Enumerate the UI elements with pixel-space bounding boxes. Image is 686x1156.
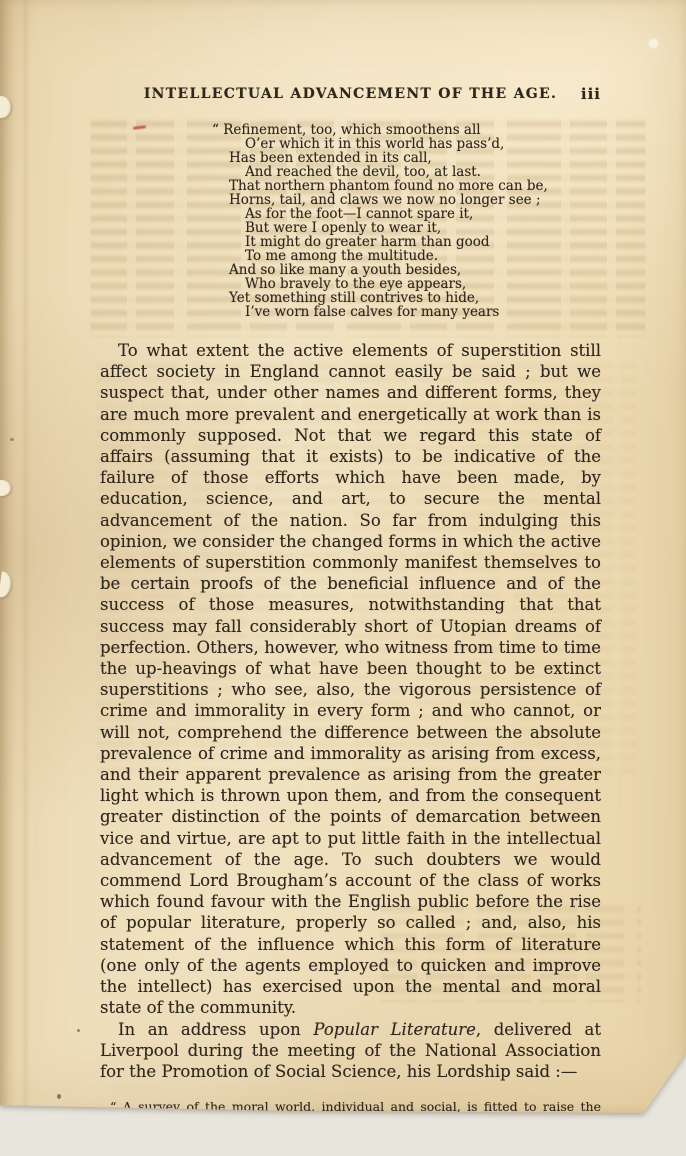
text-segment: To what extent the active elements of su… — [100, 341, 601, 1017]
poem-line: I’ve worn false calves for many years — [245, 305, 601, 319]
poem-line: That northern phantom found no more can … — [229, 179, 601, 193]
paper-speck — [57, 1094, 61, 1099]
book-page: INTELLECTUAL ADVANCEMENT OF THE AGE. iii… — [0, 0, 686, 1113]
page-number: iii — [581, 86, 601, 102]
paper-speck — [10, 438, 14, 441]
paragraph: In an address upon Popular Literature, d… — [100, 1019, 601, 1083]
page-header: INTELLECTUAL ADVANCEMENT OF THE AGE. iii — [100, 86, 601, 102]
poem-line: Who bravely to the eye appears, — [245, 277, 601, 291]
page-torn-edge — [0, 0, 16, 1113]
paragraph: To what extent the active elements of su… — [100, 340, 601, 1019]
paper-fleck — [649, 39, 658, 48]
poem-line: Yet something still contrives to hide, — [229, 291, 601, 305]
poem-line: To me among the multitude. — [245, 249, 601, 263]
poem-line: And reached the devil, too, at last. — [245, 165, 601, 179]
paragraph: “ A survey of the moral world, individua… — [100, 1097, 601, 1121]
gutter-crease — [22, 0, 29, 1113]
poem-line: It might do greater harm than good — [245, 235, 601, 249]
text-segment: In an address upon — [118, 1020, 313, 1039]
running-title: INTELLECTUAL ADVANCEMENT OF THE AGE. — [144, 86, 557, 102]
poem-block: “ Refinement, too, which smoothens allO’… — [212, 123, 601, 319]
italic-phrase: Popular Literature — [313, 1020, 475, 1039]
poem-line: But were I openly to wear it, — [245, 221, 601, 235]
paper-speck — [77, 1029, 80, 1032]
poem-line: Has been extended in its call, — [229, 151, 601, 165]
poem-line: “ Refinement, too, which smoothens all — [212, 123, 601, 137]
scan-backdrop: INTELLECTUAL ADVANCEMENT OF THE AGE. iii… — [0, 0, 686, 1121]
poem-line: O’er which it in this world has pass’d, — [245, 137, 601, 151]
poem-line: And so like many a youth besides, — [229, 263, 601, 277]
paragraphs: To what extent the active elements of su… — [100, 340, 601, 1121]
text-segment: “ A survey of the moral world, individua… — [100, 1099, 601, 1121]
poem-line: As for the foot—I cannot spare it, — [245, 207, 601, 221]
poem-line: Horns, tail, and claws we now no longer … — [229, 193, 601, 207]
page-content: INTELLECTUAL ADVANCEMENT OF THE AGE. iii… — [100, 86, 601, 1121]
